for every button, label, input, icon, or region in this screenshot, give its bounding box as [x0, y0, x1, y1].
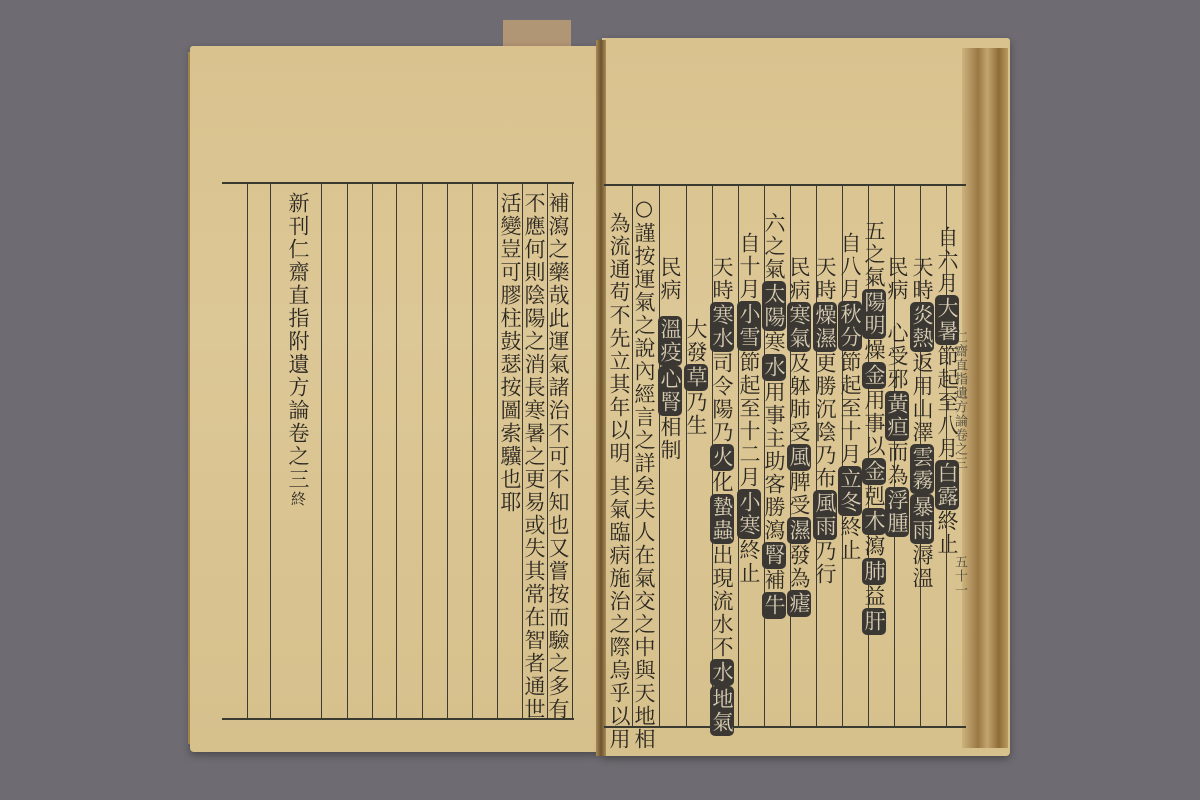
- left-text-column-3: 活變豈可膠柱鼓瑟按圖索驥也耶: [498, 192, 522, 514]
- open-book: 新刊仁齋直指附遺方論卷之三終 補瀉之藥哉此運氣諸治不可不知也又嘗按而驗之多有 不…: [0, 0, 1200, 800]
- right-column-5: 自八月秋分節起至十月立冬終止: [838, 232, 862, 562]
- right-column-9: 自十月小雪節起至十二月小寒終止: [737, 232, 761, 585]
- right-column-4: 五之氣陽明燥金用事以金剋木瀉肺益肝: [862, 220, 886, 635]
- left-page-title-column: 新刊仁齋直指附遺方論卷之三終: [286, 192, 310, 508]
- right-column-10: 天時寒水司令陽乃火化蟄蟲出現流水不水地氣: [710, 256, 734, 736]
- margin-page-number: 五十一: [950, 555, 969, 597]
- seal-term: 白露: [935, 460, 959, 510]
- seal-term: 大暑: [935, 295, 959, 345]
- right-column-3: 民病心受邪黃疸而為浮腫: [885, 256, 909, 537]
- right-column-6: 天時燥濕更勝沉陰乃布風雨乃行: [813, 256, 837, 586]
- right-column-1: 自六月大暑節起至八月白露終止: [935, 226, 959, 556]
- right-column-8: 六之氣太陽寒水用事主助客勝瀉腎補牛: [762, 212, 786, 619]
- volume-end-mark: 終: [289, 491, 307, 508]
- right-column-13: ○謹按運氣之說內經言之詳矣夫人在氣交之中與天地相: [632, 196, 656, 751]
- right-column-11: 大發草乃生: [684, 318, 708, 437]
- right-column-14: 為流通苟不先立其年以明其氣臨病施治之際烏乎以用: [607, 212, 631, 751]
- left-text-column-2: 不應何則陰陽之消長寒暑之更易或失其常在智者通世: [522, 192, 546, 721]
- right-column-7: 民病寒氣及躰肺受風脾受濕發為瘧: [787, 256, 811, 617]
- right-column-2: 天時炎熱返用山澤雲霧暴雨溽溫: [910, 256, 934, 590]
- left-text-column-1: 補瀉之藥哉此運氣諸治不可不知也又嘗按而驗之多有: [546, 192, 570, 721]
- right-column-12: 民病溫疫心腎相制: [658, 256, 682, 462]
- volume-title: 新刊仁齋直指附遺方論卷之三: [286, 192, 310, 491]
